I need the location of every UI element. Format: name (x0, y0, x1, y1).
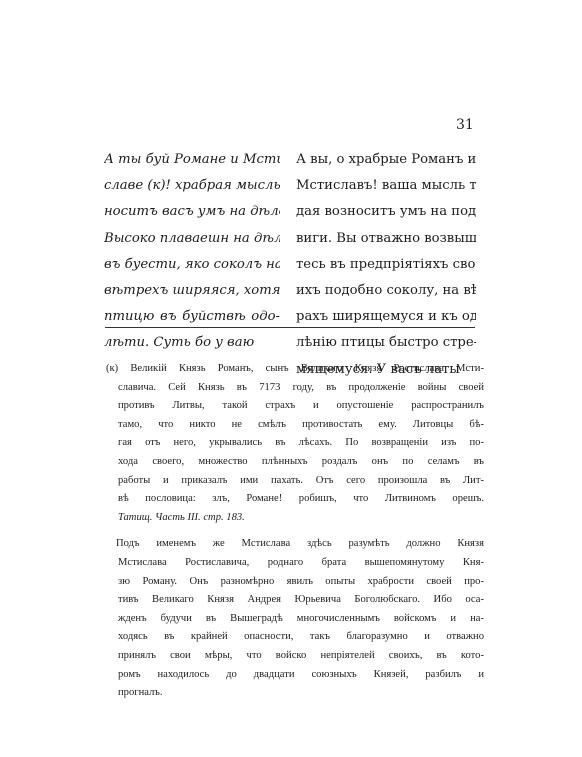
footnote-line: жденъ будучи въ Вышеградѣ многочисленным… (106, 610, 484, 629)
footnote-line: ходясь въ крайней опасности, такъ благор… (106, 628, 484, 647)
text-line: А ты буй Романе и Мсти- (104, 147, 280, 173)
text-line: носитъ васъ умъ на дѣло. (104, 199, 280, 225)
text-line: Мстиславъ! ваша мысль твер- (296, 173, 476, 199)
translation-column: А вы, о храбрые Романъ и Мстиславъ! ваша… (296, 147, 476, 383)
text-line: лѣнію птицы быстро стре- (296, 330, 476, 356)
text-line: славе (к)! храбрая мысль (104, 173, 280, 199)
footnote-line: ромъ находилось до двадцати союзныхъ Кня… (106, 666, 484, 685)
footnote-line: Мстислава Ростиславича, роднаго брата вы… (106, 554, 484, 573)
footnote-line: зю Роману. Онъ разномѣрно явилъ опыты хр… (106, 573, 484, 592)
footnote-line: Подъ именемъ же Мстислава здѣсь разумѣть… (106, 535, 484, 554)
text-line: дая возноситъ умъ на под- (296, 199, 476, 225)
footnote-k: (к) Великій Князь Романъ, сынъ Великаго … (106, 360, 484, 527)
text-line: А вы, о храбрые Романъ и (296, 147, 476, 173)
footnote-line: гая отъ него, укрывались въ лѣсахъ. По в… (106, 434, 484, 453)
footnote-mstislav: Подъ именемъ же Мстислава здѣсь разумѣть… (106, 535, 484, 702)
book-page: 31 А ты буй Романе и Мсти- славе (к)! хр… (0, 0, 582, 757)
footnotes: (к) Великій Князь Романъ, сынъ Великаго … (106, 360, 484, 703)
text-line: виги. Вы отважно возвышае- (296, 226, 476, 252)
footnote-line: противъ Литвы, такой страхъ и опустошені… (106, 397, 484, 416)
footnote-line: хода своего, множество плѣнныхъ роздалъ … (106, 453, 484, 472)
text-line: Высоко плаваешн на дѣло (104, 226, 280, 252)
page-number: 31 (456, 117, 474, 133)
footnote-line: (к) Великій Князь Романъ, сынъ Великаго … (106, 360, 484, 379)
footnote-line: прогналъ. (106, 684, 484, 703)
footnote-line: вѣ пословица: злъ, Романе! робишъ, что Л… (106, 490, 484, 509)
footnote-separator (105, 327, 475, 328)
text-line: ихъ подобно соколу, на вѣт- (296, 278, 476, 304)
footnote-line: славича. Сей Князь въ 7173 году, въ прод… (106, 379, 484, 398)
footnote-line: работы и приказалъ ими пахать. Отъ сего … (106, 472, 484, 491)
text-line: въ буести, яко соколъ на (104, 252, 280, 278)
old-slavonic-column: А ты буй Романе и Мсти- славе (к)! храбр… (104, 147, 280, 357)
footnote-source: Татищ. Часть III. стр. 183. (106, 509, 484, 528)
text-line: лѣти. Суть бо у ваю (104, 330, 280, 356)
text-line: вѣтрехъ ширяяся, хотя (104, 278, 280, 304)
footnote-line: тивъ Великаго Князя Андрея Юрьевича Бого… (106, 591, 484, 610)
text-line: тесь въ предпріятіяхъ сво- (296, 252, 476, 278)
footnote-line: тамо, что никто не смѣлъ противостать ем… (106, 416, 484, 435)
footnote-line: принялъ свои мѣры, что войско непріятеле… (106, 647, 484, 666)
paragraph-gap (106, 527, 484, 535)
